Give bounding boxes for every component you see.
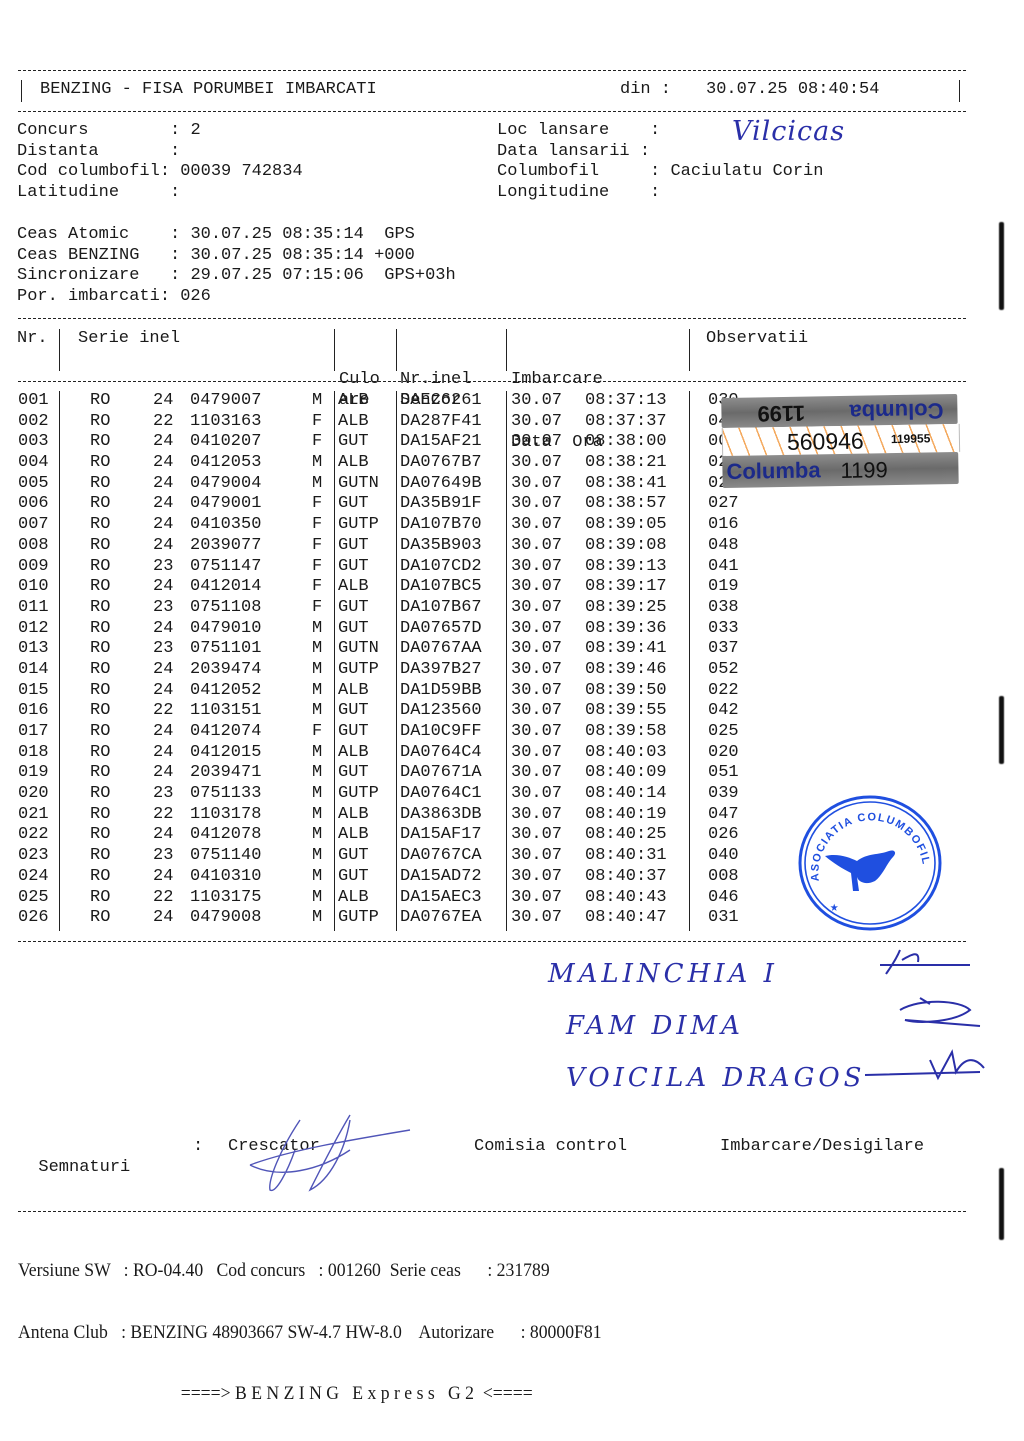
cell-serie: 0410207 bbox=[190, 432, 261, 453]
cell-senzor: DA107B70 bbox=[400, 515, 482, 536]
cell-sex: M bbox=[312, 888, 322, 909]
cell-senzor: DA35B91F bbox=[400, 494, 482, 515]
cell-senzor: DA107B67 bbox=[400, 598, 482, 619]
cell-data: 30.07 bbox=[511, 515, 562, 536]
cell-nr: 020 bbox=[18, 784, 49, 805]
cell-senzor: DA0767CA bbox=[400, 846, 482, 867]
table-row: 025 RO 22 1103175 M ALB DA15AEC3 30.07 0… bbox=[18, 888, 59, 909]
cell-tara: RO bbox=[90, 412, 110, 433]
cell-senzor: DA15AF21 bbox=[400, 432, 482, 453]
cell-culoare: ALB bbox=[338, 681, 369, 702]
cell-tara: RO bbox=[90, 660, 110, 681]
cell-data: 30.07 bbox=[511, 825, 562, 846]
hdr-sep-observatii bbox=[689, 329, 690, 371]
cell-serie: 1103175 bbox=[190, 888, 261, 909]
cell-data: 30.07 bbox=[511, 888, 562, 909]
cell-culoare: GUTP bbox=[338, 660, 379, 681]
commission-member-3: VOICILA DRAGOS bbox=[548, 1052, 865, 1104]
table-row: 026 RO 24 0479008 M GUTP DA0767EA 30.07 … bbox=[18, 908, 59, 929]
cell-senzor: DA07649B bbox=[400, 474, 482, 495]
cell-ora: 08:39:41 bbox=[585, 639, 667, 660]
scan-mark bbox=[999, 696, 1004, 764]
cell-observatii: 033 bbox=[708, 619, 739, 640]
cell-ora: 08:38:21 bbox=[585, 453, 667, 474]
cell-ora: 08:39:36 bbox=[585, 619, 667, 640]
table-row: 001 RO 24 0479007 M ALB DAEC6261 30.07 0… bbox=[18, 391, 59, 412]
cell-data: 30.07 bbox=[511, 867, 562, 888]
cell-an: 24 bbox=[153, 453, 173, 474]
cell-data: 30.07 bbox=[511, 619, 562, 640]
col-sep-nr bbox=[59, 391, 60, 931]
cell-culoare: GUT bbox=[338, 557, 369, 578]
cell-an: 22 bbox=[153, 412, 173, 433]
cell-serie: 0751133 bbox=[190, 784, 261, 805]
cell-data: 30.07 bbox=[511, 557, 562, 578]
cell-data: 30.07 bbox=[511, 722, 562, 743]
stamp-star-icon: ★ bbox=[830, 900, 839, 916]
cell-senzor: DA15AF17 bbox=[400, 825, 482, 846]
footer-block: Versiune SW : RO-04.40 Cod concurs : 001… bbox=[18, 1220, 602, 1425]
cell-senzor: DA0764C4 bbox=[400, 743, 482, 764]
cell-sex: F bbox=[312, 577, 322, 598]
cell-data: 30.07 bbox=[511, 660, 562, 681]
cell-senzor: DA3863DB bbox=[400, 805, 482, 826]
cell-data: 30.07 bbox=[511, 908, 562, 929]
cell-serie: 0751147 bbox=[190, 557, 261, 578]
cell-nr: 022 bbox=[18, 825, 49, 846]
cell-data: 30.07 bbox=[511, 494, 562, 515]
cell-an: 24 bbox=[153, 536, 173, 557]
cell-nr: 007 bbox=[18, 515, 49, 536]
col-sep-senzor bbox=[396, 391, 397, 931]
cell-sex: M bbox=[312, 825, 322, 846]
cell-sex: M bbox=[312, 763, 322, 784]
title-box-left-edge bbox=[21, 80, 22, 102]
cell-sex: M bbox=[312, 391, 322, 412]
cell-senzor: DA15AD72 bbox=[400, 867, 482, 888]
cell-an: 24 bbox=[153, 722, 173, 743]
footer-row-2: Antena Club : BENZING 48903667 SW-4.7 HW… bbox=[18, 1323, 602, 1344]
cell-observatii: 026 bbox=[708, 825, 739, 846]
table-row: 014 RO 24 2039474 M GUTP DA397B27 30.07 … bbox=[18, 660, 59, 681]
table-row: 012 RO 24 0479010 M GUT DA07657D 30.07 0… bbox=[18, 619, 59, 640]
cell-observatii: 008 bbox=[708, 867, 739, 888]
footer-banner: ====> B E N Z I N G E x p r e s s G 2 <=… bbox=[18, 1384, 602, 1405]
cell-sex: M bbox=[312, 805, 322, 826]
sticker-number-bottom: 1199 bbox=[840, 457, 888, 484]
cell-ora: 08:40:09 bbox=[585, 763, 667, 784]
cell-serie: 0410310 bbox=[190, 867, 261, 888]
cell-an: 24 bbox=[153, 494, 173, 515]
sticker-serial-small: 119955 bbox=[891, 431, 931, 446]
cell-culoare: GUT bbox=[338, 846, 369, 867]
cell-sex: M bbox=[312, 867, 322, 888]
table-row: 011 RO 23 0751108 F GUT DA107B67 30.07 0… bbox=[18, 598, 59, 619]
cell-nr: 013 bbox=[18, 639, 49, 660]
sticker-brand-bottom: Columba bbox=[726, 457, 821, 485]
signatures-label: Semnaturi bbox=[38, 1158, 130, 1177]
table-row: 021 RO 22 1103178 M ALB DA3863DB 30.07 0… bbox=[18, 805, 59, 826]
cell-an: 24 bbox=[153, 474, 173, 495]
cell-tara: RO bbox=[90, 474, 110, 495]
col-sep-culoare bbox=[334, 391, 335, 931]
ceas-benzing: Ceas BENZING : 30.07.25 08:35:14 +000 bbox=[17, 246, 456, 267]
print-date-label: din : bbox=[620, 80, 671, 101]
cell-nr: 025 bbox=[18, 888, 49, 909]
cell-culoare: GUT bbox=[338, 763, 369, 784]
divider-table-header bbox=[18, 381, 966, 382]
cell-culoare: GUT bbox=[338, 598, 369, 619]
cell-tara: RO bbox=[90, 681, 110, 702]
info-left: Concurs : 2 Distanta : Cod columbofil: 0… bbox=[17, 121, 303, 204]
cell-tara: RO bbox=[90, 908, 110, 929]
cell-observatii: 019 bbox=[708, 577, 739, 598]
cell-an: 24 bbox=[153, 660, 173, 681]
cell-sex: M bbox=[312, 743, 322, 764]
cell-observatii: 048 bbox=[708, 536, 739, 557]
cell-observatii: 052 bbox=[708, 660, 739, 681]
cell-data: 30.07 bbox=[511, 846, 562, 867]
cell-an: 24 bbox=[153, 908, 173, 929]
table-row: 020 RO 23 0751133 M GUTP DA0764C1 30.07 … bbox=[18, 784, 59, 805]
cell-tara: RO bbox=[90, 515, 110, 536]
cell-culoare: ALB bbox=[338, 888, 369, 909]
cell-tara: RO bbox=[90, 825, 110, 846]
table-row: 019 RO 24 2039471 M GUT DA07671A 30.07 0… bbox=[18, 763, 59, 784]
table-row: 023 RO 23 0751140 M GUT DA0767CA 30.07 0… bbox=[18, 846, 59, 867]
cell-ora: 08:40:43 bbox=[585, 888, 667, 909]
cell-senzor: DA1D59BB bbox=[400, 681, 482, 702]
hdr-sep-senzor bbox=[396, 329, 397, 371]
scan-mark bbox=[999, 1168, 1004, 1240]
info-concurs: Concurs : 2 bbox=[17, 121, 303, 142]
cell-nr: 023 bbox=[18, 846, 49, 867]
title-box-right-edge bbox=[959, 80, 960, 102]
cell-ora: 08:39:55 bbox=[585, 701, 667, 722]
cell-ora: 08:40:19 bbox=[585, 805, 667, 826]
cell-ora: 08:39:05 bbox=[585, 515, 667, 536]
cell-data: 30.07 bbox=[511, 598, 562, 619]
col-header-nr: Nr. bbox=[17, 329, 48, 350]
table-row: 003 RO 24 0410207 F GUT DA15AF21 30.07 0… bbox=[18, 432, 59, 453]
cell-ora: 08:40:37 bbox=[585, 867, 667, 888]
cell-an: 24 bbox=[153, 825, 173, 846]
cell-culoare: ALB bbox=[338, 453, 369, 474]
print-date-value: 30.07.25 08:40:54 bbox=[706, 80, 879, 101]
cell-nr: 017 bbox=[18, 722, 49, 743]
cell-data: 30.07 bbox=[511, 639, 562, 660]
cell-ora: 08:39:08 bbox=[585, 536, 667, 557]
cell-sex: M bbox=[312, 846, 322, 867]
cell-tara: RO bbox=[90, 763, 110, 784]
cell-senzor: DA15AEC3 bbox=[400, 888, 482, 909]
cell-data: 30.07 bbox=[511, 536, 562, 557]
cell-culoare: GUT bbox=[338, 432, 369, 453]
cell-sex: F bbox=[312, 494, 322, 515]
ceas-atomic: Ceas Atomic : 30.07.25 08:35:14 GPS bbox=[17, 225, 456, 246]
cell-nr: 018 bbox=[18, 743, 49, 764]
cell-tara: RO bbox=[90, 701, 110, 722]
cell-nr: 003 bbox=[18, 432, 49, 453]
cell-observatii: 016 bbox=[708, 515, 739, 536]
cell-nr: 026 bbox=[18, 908, 49, 929]
cell-an: 24 bbox=[153, 515, 173, 536]
cell-serie: 2039077 bbox=[190, 536, 261, 557]
cell-observatii: 027 bbox=[708, 494, 739, 515]
cell-culoare: GUTP bbox=[338, 515, 379, 536]
cell-tara: RO bbox=[90, 453, 110, 474]
commission-member-2: FAM DIMA bbox=[548, 1000, 865, 1052]
cell-an: 24 bbox=[153, 743, 173, 764]
cell-ora: 08:38:41 bbox=[585, 474, 667, 495]
cell-senzor: DA07657D bbox=[400, 619, 482, 640]
divider-footer bbox=[18, 1211, 966, 1212]
cell-tara: RO bbox=[90, 598, 110, 619]
cell-ora: 08:40:25 bbox=[585, 825, 667, 846]
cell-ora: 08:40:31 bbox=[585, 846, 667, 867]
cell-nr: 010 bbox=[18, 577, 49, 598]
table-row: 022 RO 24 0412078 M ALB DA15AF17 30.07 0… bbox=[18, 825, 59, 846]
cell-data: 30.07 bbox=[511, 805, 562, 826]
document-title: BENZING - FISA PORUMBEI IMBARCATI bbox=[40, 80, 377, 101]
scan-mark bbox=[999, 222, 1004, 310]
cell-culoare: GUTP bbox=[338, 784, 379, 805]
cell-culoare: GUT bbox=[338, 619, 369, 640]
cell-an: 22 bbox=[153, 701, 173, 722]
info-longitudine: Longitudine : bbox=[497, 183, 823, 204]
cell-culoare: ALB bbox=[338, 577, 369, 598]
club-stamp: ASOCIATIA COLUMBOFILA ★ bbox=[797, 793, 943, 933]
cell-sex: F bbox=[312, 515, 322, 536]
cell-serie: 2039471 bbox=[190, 763, 261, 784]
divider-table-bottom bbox=[18, 941, 966, 942]
hdr-sep-nr bbox=[59, 329, 60, 371]
cell-serie: 1103151 bbox=[190, 701, 261, 722]
cell-serie: 0479008 bbox=[190, 908, 261, 929]
cell-serie: 0412015 bbox=[190, 743, 261, 764]
cell-an: 23 bbox=[153, 598, 173, 619]
cell-senzor: DA0767EA bbox=[400, 908, 482, 929]
cell-serie: 0412074 bbox=[190, 722, 261, 743]
cell-sex: M bbox=[312, 784, 322, 805]
col-sep-observatii bbox=[689, 391, 690, 931]
cell-culoare: GUTN bbox=[338, 639, 379, 660]
cell-observatii: 039 bbox=[708, 784, 739, 805]
cell-nr: 011 bbox=[18, 598, 49, 619]
info-cod-columbofil: Cod columbofil: 00039 742834 bbox=[17, 162, 303, 183]
crescator-signature bbox=[240, 1110, 430, 1200]
cell-ora: 08:38:57 bbox=[585, 494, 667, 515]
cell-sex: F bbox=[312, 412, 322, 433]
table-row: 013 RO 23 0751101 M GUTN DA0767AA 30.07 … bbox=[18, 639, 59, 660]
table-row: 002 RO 22 1103163 F ALB DA287F41 30.07 0… bbox=[18, 412, 59, 433]
hdr-sep-imbarcare bbox=[506, 329, 507, 371]
cell-serie: 0751108 bbox=[190, 598, 261, 619]
sticker-serial-main: 560946 bbox=[787, 428, 864, 456]
cell-data: 30.07 bbox=[511, 784, 562, 805]
cell-nr: 008 bbox=[18, 536, 49, 557]
table-row: 004 RO 24 0412053 M ALB DA0767B7 30.07 0… bbox=[18, 453, 59, 474]
cell-culoare: GUT bbox=[338, 494, 369, 515]
info-distanta: Distanta : bbox=[17, 142, 303, 163]
table-row: 007 RO 24 0410350 F GUTP DA107B70 30.07 … bbox=[18, 515, 59, 536]
cell-sex: M bbox=[312, 453, 322, 474]
cell-ora: 08:39:46 bbox=[585, 660, 667, 681]
cell-serie: 0751101 bbox=[190, 639, 261, 660]
cell-senzor: DA287F41 bbox=[400, 412, 482, 433]
pigeon-icon bbox=[825, 850, 895, 891]
signature-imbarcare: Imbarcare/Desigilare bbox=[720, 1137, 924, 1158]
cell-culoare: GUT bbox=[338, 867, 369, 888]
cell-nr: 001 bbox=[18, 391, 49, 412]
cell-nr: 016 bbox=[18, 701, 49, 722]
col-header-observatii: Observatii bbox=[706, 329, 808, 350]
cell-an: 24 bbox=[153, 619, 173, 640]
table-row: 005 RO 24 0479004 M GUTN DA07649B 30.07 … bbox=[18, 474, 59, 495]
info-latitudine: Latitudine : bbox=[17, 183, 303, 204]
cell-observatii: 046 bbox=[708, 888, 739, 909]
signatures-row: Semnaturi bbox=[18, 1137, 130, 1178]
cell-an: 22 bbox=[153, 888, 173, 909]
cell-data: 30.07 bbox=[511, 412, 562, 433]
cell-data: 30.07 bbox=[511, 743, 562, 764]
cell-observatii: 041 bbox=[708, 557, 739, 578]
cell-ora: 08:39:17 bbox=[585, 577, 667, 598]
cell-serie: 0412052 bbox=[190, 681, 261, 702]
cell-sex: M bbox=[312, 681, 322, 702]
cell-observatii: 031 bbox=[708, 908, 739, 929]
cell-ora: 08:38:00 bbox=[585, 432, 667, 453]
cell-senzor: DA35B903 bbox=[400, 536, 482, 557]
cell-culoare: ALB bbox=[338, 825, 369, 846]
cell-senzor: DA107BC5 bbox=[400, 577, 482, 598]
cell-tara: RO bbox=[90, 722, 110, 743]
cell-senzor: DA0767B7 bbox=[400, 453, 482, 474]
cell-serie: 2039474 bbox=[190, 660, 261, 681]
cell-nr: 015 bbox=[18, 681, 49, 702]
cell-sex: M bbox=[312, 639, 322, 660]
cell-sex: F bbox=[312, 598, 322, 619]
cell-observatii: 040 bbox=[708, 846, 739, 867]
cell-tara: RO bbox=[90, 536, 110, 557]
table-row: 017 RO 24 0412074 F GUT DA10C9FF 30.07 0… bbox=[18, 722, 59, 743]
cell-tara: RO bbox=[90, 888, 110, 909]
cell-culoare: GUT bbox=[338, 722, 369, 743]
table-row: 018 RO 24 0412015 M ALB DA0764C4 30.07 0… bbox=[18, 743, 59, 764]
cell-sex: M bbox=[312, 619, 322, 640]
commission-signatures bbox=[860, 940, 1010, 1090]
cell-ora: 08:39:13 bbox=[585, 557, 667, 578]
cell-observatii: 042 bbox=[708, 701, 739, 722]
cell-nr: 002 bbox=[18, 412, 49, 433]
table-row: 024 RO 24 0410310 M GUT DA15AD72 30.07 0… bbox=[18, 867, 59, 888]
cell-sex: F bbox=[312, 536, 322, 557]
cell-senzor: DA0764C1 bbox=[400, 784, 482, 805]
cell-tara: RO bbox=[90, 784, 110, 805]
cell-nr: 021 bbox=[18, 805, 49, 826]
cell-observatii: 025 bbox=[708, 722, 739, 743]
cell-nr: 014 bbox=[18, 660, 49, 681]
cell-data: 30.07 bbox=[511, 763, 562, 784]
cell-data: 30.07 bbox=[511, 474, 562, 495]
clock-info: Ceas Atomic : 30.07.25 08:35:14 GPS Ceas… bbox=[17, 225, 456, 308]
cell-observatii: 022 bbox=[708, 681, 739, 702]
cell-observatii: 047 bbox=[708, 805, 739, 826]
cell-data: 30.07 bbox=[511, 577, 562, 598]
cell-serie: 1103163 bbox=[190, 412, 261, 433]
cell-observatii: 037 bbox=[708, 639, 739, 660]
table-row: 015 RO 24 0412052 M ALB DA1D59BB 30.07 0… bbox=[18, 681, 59, 702]
cell-senzor: DA10C9FF bbox=[400, 722, 482, 743]
divider-table-top bbox=[18, 318, 966, 319]
cell-serie: 0479007 bbox=[190, 391, 261, 412]
cell-ora: 08:37:37 bbox=[585, 412, 667, 433]
divider-header bbox=[18, 111, 966, 112]
cell-culoare: ALB bbox=[338, 805, 369, 826]
cell-nr: 005 bbox=[18, 474, 49, 495]
cell-nr: 006 bbox=[18, 494, 49, 515]
cell-serie: 0479001 bbox=[190, 494, 261, 515]
cell-data: 30.07 bbox=[511, 432, 562, 453]
seal-sticker: 1199 Columba 560946 119955 Columba 1199 bbox=[721, 394, 959, 494]
sticker-brand-top: Columba bbox=[849, 397, 944, 425]
cell-culoare: GUT bbox=[338, 701, 369, 722]
cell-ora: 08:40:14 bbox=[585, 784, 667, 805]
cell-ora: 08:39:25 bbox=[585, 598, 667, 619]
cell-sex: F bbox=[312, 557, 322, 578]
cell-ora: 08:39:50 bbox=[585, 681, 667, 702]
cell-an: 24 bbox=[153, 577, 173, 598]
cell-nr: 019 bbox=[18, 763, 49, 784]
cell-data: 30.07 bbox=[511, 453, 562, 474]
cell-an: 24 bbox=[153, 763, 173, 784]
cell-tara: RO bbox=[90, 867, 110, 888]
cell-sex: M bbox=[312, 474, 322, 495]
cell-tara: RO bbox=[90, 743, 110, 764]
cell-ora: 08:40:03 bbox=[585, 743, 667, 764]
cell-an: 24 bbox=[153, 432, 173, 453]
cell-ora: 08:40:47 bbox=[585, 908, 667, 929]
cell-culoare: ALB bbox=[338, 412, 369, 433]
cell-nr: 004 bbox=[18, 453, 49, 474]
cell-data: 30.07 bbox=[511, 681, 562, 702]
cell-an: 23 bbox=[153, 784, 173, 805]
cell-sex: M bbox=[312, 908, 322, 929]
cell-culoare: GUTP bbox=[338, 908, 379, 929]
sticker-bottom-band: Columba 1199 bbox=[722, 452, 959, 488]
cell-an: 23 bbox=[153, 557, 173, 578]
cell-tara: RO bbox=[90, 557, 110, 578]
col-header-serie: Serie inel bbox=[78, 329, 180, 350]
sticker-number-top: 1199 bbox=[757, 400, 805, 427]
sticker-top-band: 1199 Columba bbox=[721, 394, 957, 428]
cell-tara: RO bbox=[90, 391, 110, 412]
cell-an: 23 bbox=[153, 639, 173, 660]
cell-senzor: DA397B27 bbox=[400, 660, 482, 681]
cell-data: 30.07 bbox=[511, 701, 562, 722]
cell-serie: 0412078 bbox=[190, 825, 261, 846]
cell-an: 22 bbox=[153, 805, 173, 826]
cell-tara: RO bbox=[90, 805, 110, 826]
footer-row-1: Versiune SW : RO-04.40 Cod concurs : 001… bbox=[18, 1261, 602, 1282]
cell-serie: 0412014 bbox=[190, 577, 261, 598]
cell-tara: RO bbox=[90, 577, 110, 598]
hdr-sep-culoare bbox=[334, 329, 335, 371]
signatures-sep: : bbox=[193, 1137, 203, 1158]
cell-culoare: GUTN bbox=[338, 474, 379, 495]
cell-tara: RO bbox=[90, 432, 110, 453]
cell-serie: 0479010 bbox=[190, 619, 261, 640]
